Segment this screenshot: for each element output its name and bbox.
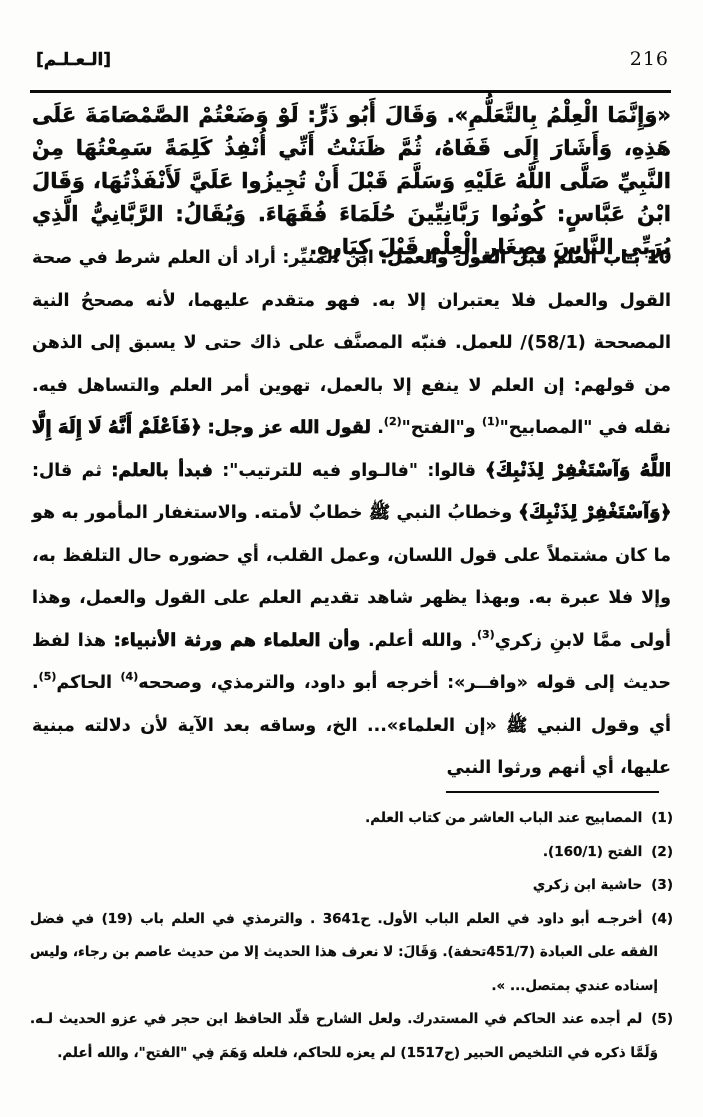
- text-segment-normal: الحاكم: [56, 673, 120, 693]
- text-segment-normal: . والله أعلم.: [360, 631, 477, 651]
- text-segment-normal: وخطابُ النبي ﷺ خطابٌ لأمته. والاستغفار ا…: [32, 503, 671, 651]
- footnote-marker: (3): [651, 877, 673, 893]
- footnote-marker: (2): [651, 844, 673, 860]
- footnote-marker: (1): [651, 810, 673, 826]
- footnotes-list: (1)المصابيح عند الباب العاشر من كتاب الع…: [30, 802, 673, 1070]
- text-segment-normal: قالوا: "فالـواو فيه للترتيب":: [213, 461, 485, 481]
- footnote-item: (5)لم أجده عند الحاكم في المستدرك. ولعل …: [30, 1003, 673, 1070]
- footnote-text: حاشية ابن زكري: [533, 877, 642, 893]
- text-segment-verse: ﴿وَآسْتَغْفِرْ لِذَنْبِكَ﴾: [519, 502, 671, 523]
- footnote-marker: (5): [651, 1011, 673, 1027]
- footnote-item: (2)الفتح (160/1).: [30, 836, 673, 870]
- text-segment-bold: لقول الله عز وجل:: [201, 418, 371, 438]
- text-segment-bold: فبدأ بالعلم:: [102, 461, 213, 481]
- footnote-text: الفتح (160/1).: [543, 844, 642, 860]
- page-number: 216: [630, 48, 669, 70]
- section-title: [الـعـلـم]: [36, 50, 111, 70]
- text-segment-sup: (1): [482, 415, 500, 428]
- text-segment-sup: (2): [384, 415, 402, 428]
- text-segment-bold: وأن العلماء هم ورثة الأنبياء:: [106, 631, 360, 651]
- text-segment-sup: (4): [121, 670, 139, 683]
- text-segment-normal: ابنُ المنيِّر: أراد أن العلم شرط في صحة …: [32, 248, 671, 438]
- footnote-item: (4)أخرجـه أبو داود في العلم الباب الأول.…: [30, 903, 673, 1004]
- text-segment-sup: (3): [477, 628, 495, 641]
- footnote-marker: (4): [651, 911, 673, 927]
- text-segment-bold: 10 بـاب العلم قبل القول والعمل:: [374, 248, 671, 268]
- footnote-divider: [446, 791, 659, 793]
- book-page: 216 [الـعـلـم] «وَإِنَّمَا الْعِلْمُ بِا…: [0, 0, 703, 1117]
- footnote-item: (1)المصابيح عند الباب العاشر من كتاب الع…: [30, 802, 673, 836]
- text-segment-normal: ثم قال:: [32, 461, 102, 481]
- text-segment-sup: (5): [39, 670, 57, 683]
- commentary-paragraph: 10 بـاب العلم قبل القول والعمل: ابنُ الم…: [32, 237, 671, 790]
- text-segment-normal: و"الفتح": [402, 418, 482, 438]
- footnote-text: أخرجـه أبو داود في العلم الباب الأول. ح3…: [30, 911, 658, 994]
- footnote-area: (1)المصابيح عند الباب العاشر من كتاب الع…: [30, 791, 673, 1070]
- header-divider: [30, 90, 671, 93]
- footnote-item: (3)حاشية ابن زكري: [30, 869, 673, 903]
- footnote-text: لم أجده عند الحاكم في المستدرك. ولعل الش…: [30, 1011, 658, 1061]
- footnote-text: المصابيح عند الباب العاشر من كتاب العلم.: [365, 810, 642, 826]
- page-header: 216 [الـعـلـم]: [36, 48, 669, 70]
- text-segment-normal: .: [371, 418, 384, 438]
